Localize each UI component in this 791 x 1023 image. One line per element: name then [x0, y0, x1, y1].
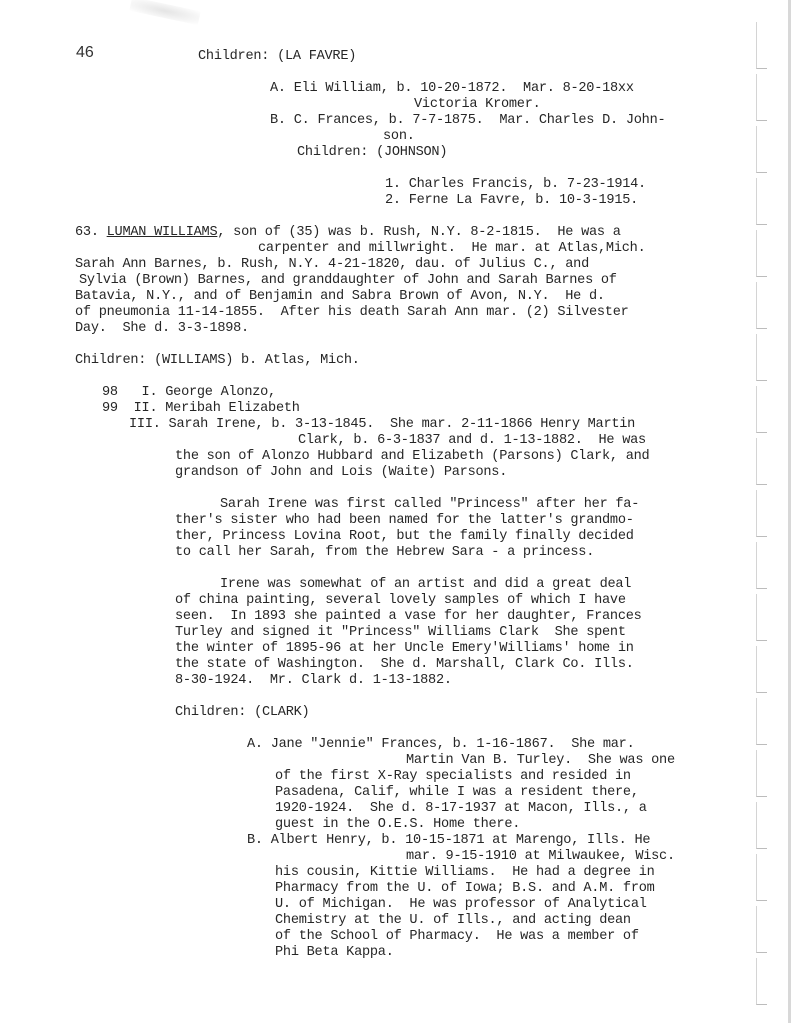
edge-tab-mark: [756, 74, 767, 121]
text-line: ther's sister who had been named for the…: [175, 513, 634, 529]
edge-tab-mark: [756, 958, 767, 1005]
page-number: 46: [76, 44, 94, 62]
text-line: the son of Alonzo Hubbard and Elizabeth …: [175, 449, 649, 465]
text-line: Sylvia (Brown) Barnes, and granddaughter…: [79, 273, 617, 289]
text-line: U. of Michigan. He was professor of Anal…: [275, 897, 647, 913]
text-line: Pasadena, Calif, while I was a resident …: [275, 785, 639, 801]
edge-tab-mark: [756, 906, 767, 953]
text-line: 1. Charles Francis, b. 7-23-1914.: [385, 177, 646, 193]
edge-tab-mark: [756, 594, 767, 641]
text-line: Children: (LA FAVRE): [198, 49, 356, 65]
text-line: 63. LUMAN WILLIAMS, son of (35) was b. R…: [75, 225, 621, 241]
edge-tab-mark: [756, 646, 767, 693]
edge-tab-mark: [756, 386, 767, 433]
edge-tab-mark: [756, 542, 767, 589]
text-line: to call her Sarah, from the Hebrew Sara …: [175, 545, 594, 561]
text-line: 1920-1924. She d. 8-17-1937 at Macon, Il…: [275, 801, 647, 817]
text-line: Pharmacy from the U. of Iowa; B.S. and A…: [275, 881, 655, 897]
text-line: Children: (CLARK): [175, 705, 309, 721]
text-line: A. Jane "Jennie" Frances, b. 1-16-1867. …: [247, 737, 634, 753]
text-line: son.: [383, 129, 415, 145]
text-line: Martin Van B. Turley. She was one: [406, 753, 675, 769]
typewritten-page: 46 Children: (LA FAVRE)A. Eli William, b…: [0, 0, 791, 1023]
edge-tab-mark: [756, 750, 767, 797]
text-line: grandson of John and Lois (Waite) Parson…: [175, 465, 507, 481]
text-line: mar. 9-15-1910 at Milwaukee, Wisc.: [406, 849, 675, 865]
text-line: Sarah Irene was first called "Princess" …: [220, 497, 639, 513]
text-line: 2. Ferne La Favre, b. 10-3-1915.: [385, 193, 638, 209]
edge-tab-mark: [756, 334, 767, 381]
edge-tab-mark: [756, 178, 767, 225]
edge-tab-mark: [756, 126, 767, 173]
text-line: III. Sarah Irene, b. 3-13-1845. She mar.…: [129, 417, 635, 433]
text-line: Children: (JOHNSON): [297, 145, 447, 161]
text-line: guest in the O.E.S. Home there.: [275, 817, 520, 833]
text-line: Day. She d. 3-3-1898.: [75, 321, 249, 337]
edge-tab-mark: [756, 438, 767, 485]
text-line: Phi Beta Kappa.: [275, 945, 394, 961]
text-line: Turley and signed it "Princess" Williams…: [175, 625, 626, 641]
text-line: of china painting, several lovely sample…: [175, 593, 626, 609]
edge-tab-mark: [756, 802, 767, 849]
text-line: the winter of 1895-96 at her Uncle Emery…: [175, 641, 634, 657]
text-line: Children: (WILLIAMS) b. Atlas, Mich.: [75, 353, 360, 369]
text-line: 99 II. Meribah Elizabeth: [102, 401, 300, 417]
text-line: 8-30-1924. Mr. Clark d. 1-13-1882.: [175, 673, 452, 689]
text-line: of the first X-Ray specialists and resid…: [275, 769, 631, 785]
text-line: carpenter and millwright. He mar. at Atl…: [258, 241, 645, 257]
underlined-name: LUMAN WILLIAMS: [107, 225, 218, 240]
text-line: the state of Washington. She d. Marshall…: [175, 657, 634, 673]
edge-tab-mark: [756, 854, 767, 901]
edge-tab-mark: [756, 698, 767, 745]
text-line: of pneumonia 11-14-1855. After his death…: [75, 305, 629, 321]
edge-tab-mark: [756, 22, 767, 69]
text-line: Victoria Kromer.: [414, 97, 541, 113]
text-line: B. Albert Henry, b. 10-15-1871 at Mareng…: [247, 833, 650, 849]
text-line: Clark, b. 6-3-1837 and d. 1-13-1882. He …: [298, 433, 646, 449]
scan-smudge: [129, 0, 200, 25]
text-line: seen. In 1893 she painted a vase for her…: [175, 609, 642, 625]
edge-tab-mark: [756, 230, 767, 277]
edge-tab-mark: [756, 282, 767, 329]
text-line: Chemistry at the U. of Ills., and acting…: [275, 913, 631, 929]
edge-tab-mark: [756, 490, 767, 537]
text-line: Batavia, N.Y., and of Benjamin and Sabra…: [75, 289, 605, 305]
text-line: of the School of Pharmacy. He was a memb…: [275, 929, 639, 945]
text-line: A. Eli William, b. 10-20-1872. Mar. 8-20…: [270, 81, 634, 97]
text-line: Sarah Ann Barnes, b. Rush, N.Y. 4-21-182…: [75, 257, 589, 273]
text-line: ther, Princess Lovina Root, but the fami…: [175, 529, 634, 545]
text-line: Irene was somewhat of an artist and did …: [220, 577, 631, 593]
text-line: his cousin, Kittie Williams. He had a de…: [275, 865, 655, 881]
text-line: 98 I. George Alonzo,: [102, 385, 276, 401]
text-line: B. C. Frances, b. 7-7-1875. Mar. Charles…: [270, 113, 665, 129]
